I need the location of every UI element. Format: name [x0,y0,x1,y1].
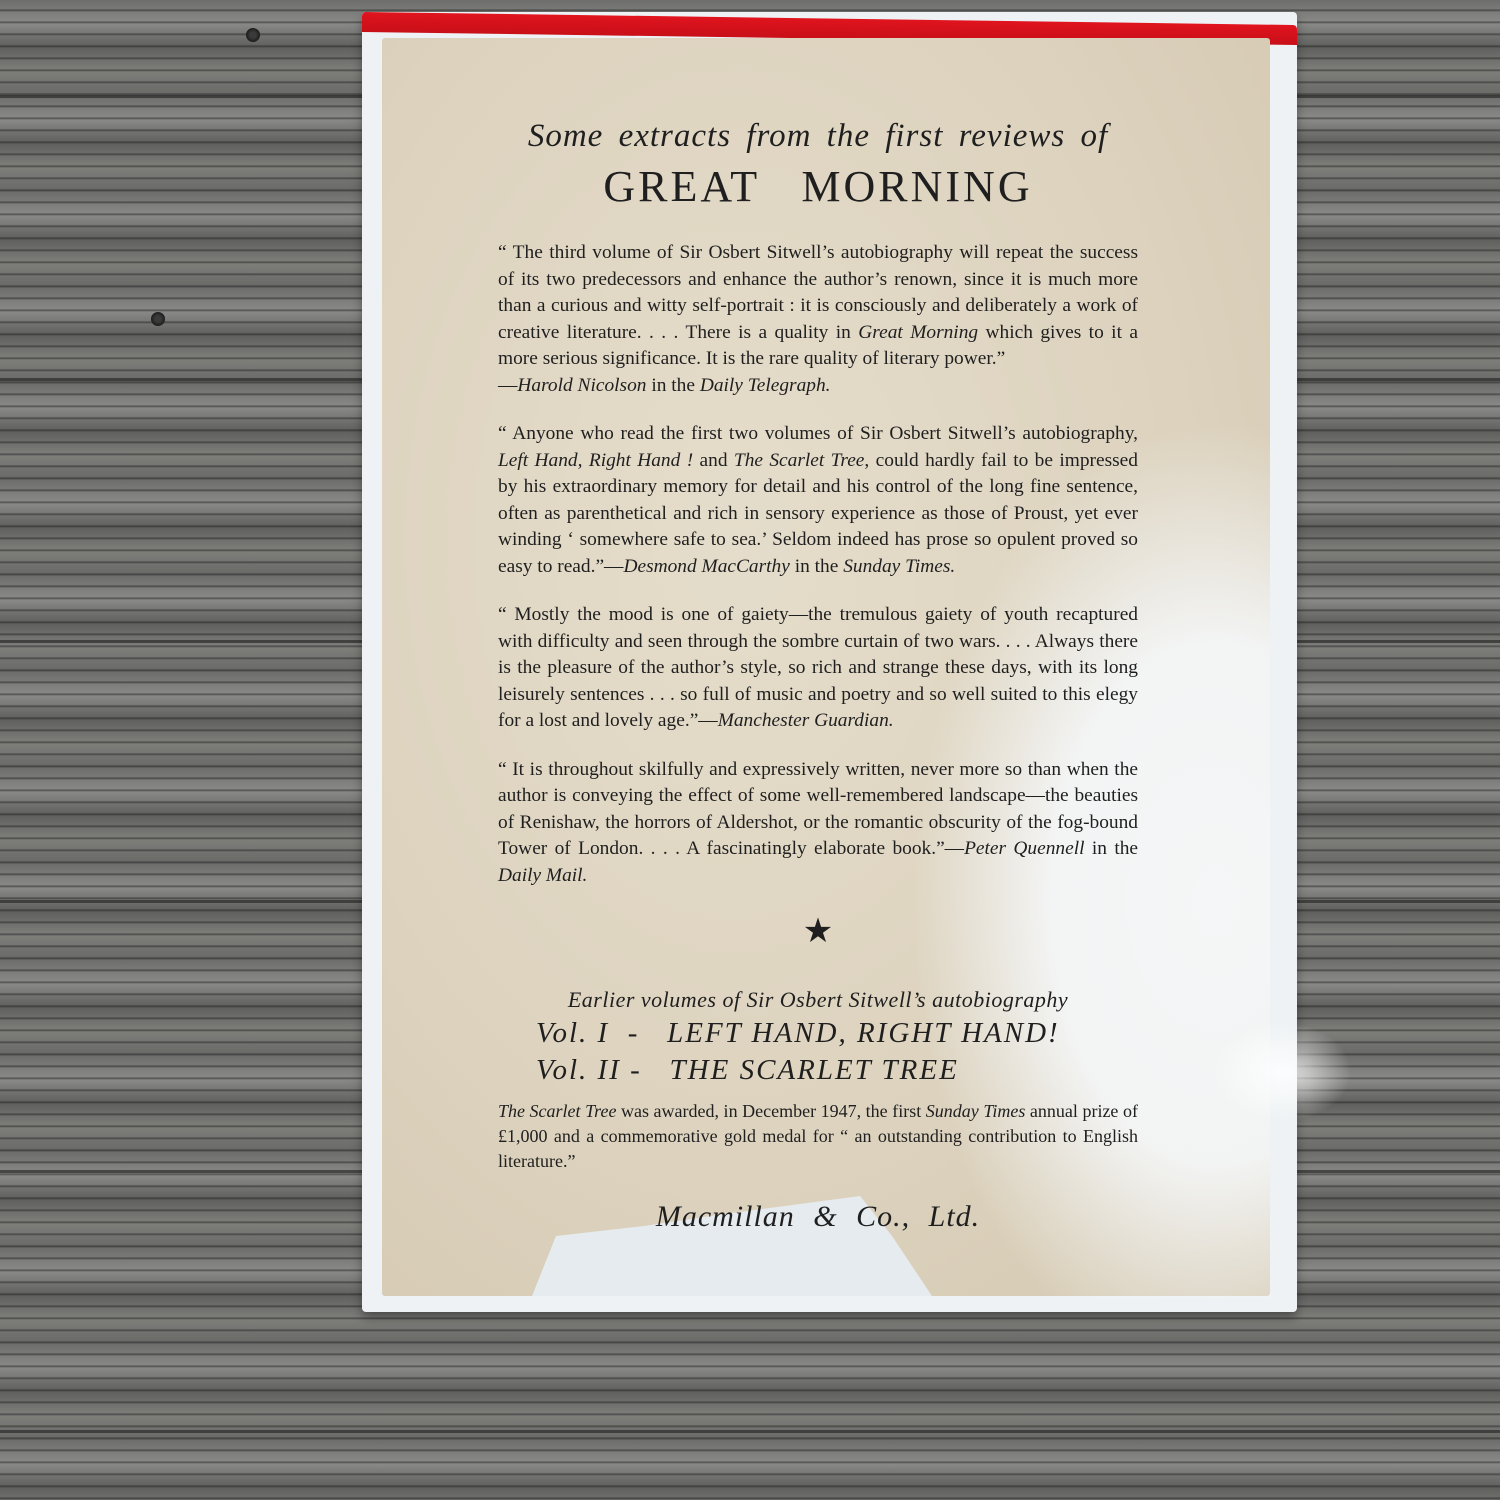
review-quote: “ Anyone who read the first two volumes … [498,421,1138,580]
publication-name: Sunday Times. [843,556,955,577]
wood-plank-seam [0,1430,1500,1433]
publisher-name: Macmillan & Co., Ltd. [498,1200,1138,1234]
review-attribution: Manchester Guardian. [718,710,894,731]
award-paper: Sunday Times [926,1101,1026,1121]
volumes-list: Vol. I - LEFT HAND, RIGHT HAND!Vol. II -… [498,1017,1138,1087]
review-quote: “ The third volume of Sir Osbert Sitwell… [498,240,1138,399]
review-attribution: Desmond MacCarthy in the Sunday Times. [623,556,955,577]
nail-head [151,312,165,326]
award-note: The Scarlet Tree was awarded, in Decembe… [498,1099,1138,1174]
volume-entry: Vol. II - THE SCARLET TREE [536,1054,1138,1087]
publication-name: Daily Telegraph. [700,375,831,396]
award-book-title: The Scarlet Tree [498,1101,616,1121]
book-title: GREAT MORNING [498,161,1138,212]
reviews-list: “ The third volume of Sir Osbert Sitwell… [498,240,1138,889]
review-quote: “ Mostly the mood is one of gaiety—the t… [498,602,1138,735]
publication-name: Manchester Guardian. [718,710,894,731]
italic-title: Left Hand, Right Hand ! [498,450,693,471]
italic-title: Great Morning [858,322,978,343]
italic-title: The Scarlet Tree [734,450,865,471]
jacket-text: Some extracts from the first reviews of … [498,118,1138,1234]
reviewer-name: Peter Quennell [964,838,1084,859]
reviewer-name: Harold Nicolson [517,375,646,396]
publication-name: Daily Mail. [498,865,587,886]
intro-line: Some extracts from the first reviews of [498,118,1138,155]
star-icon: ★ [498,911,1138,951]
award-text-1: was awarded, in December 1947, the first [616,1101,925,1121]
review-attribution: —Harold Nicolson in the Daily Telegraph. [498,373,1138,400]
earlier-volumes-heading: Earlier volumes of Sir Osbert Sitwell’s … [498,987,1138,1013]
quote-text: “ Anyone who read the first two volumes … [498,423,1138,444]
nail-head [246,28,260,42]
reviewer-name: Desmond MacCarthy [623,556,789,577]
volume-entry: Vol. I - LEFT HAND, RIGHT HAND! [536,1017,1138,1050]
quote-text: and [693,450,734,471]
review-quote: “ It is throughout skilfully and express… [498,757,1138,890]
